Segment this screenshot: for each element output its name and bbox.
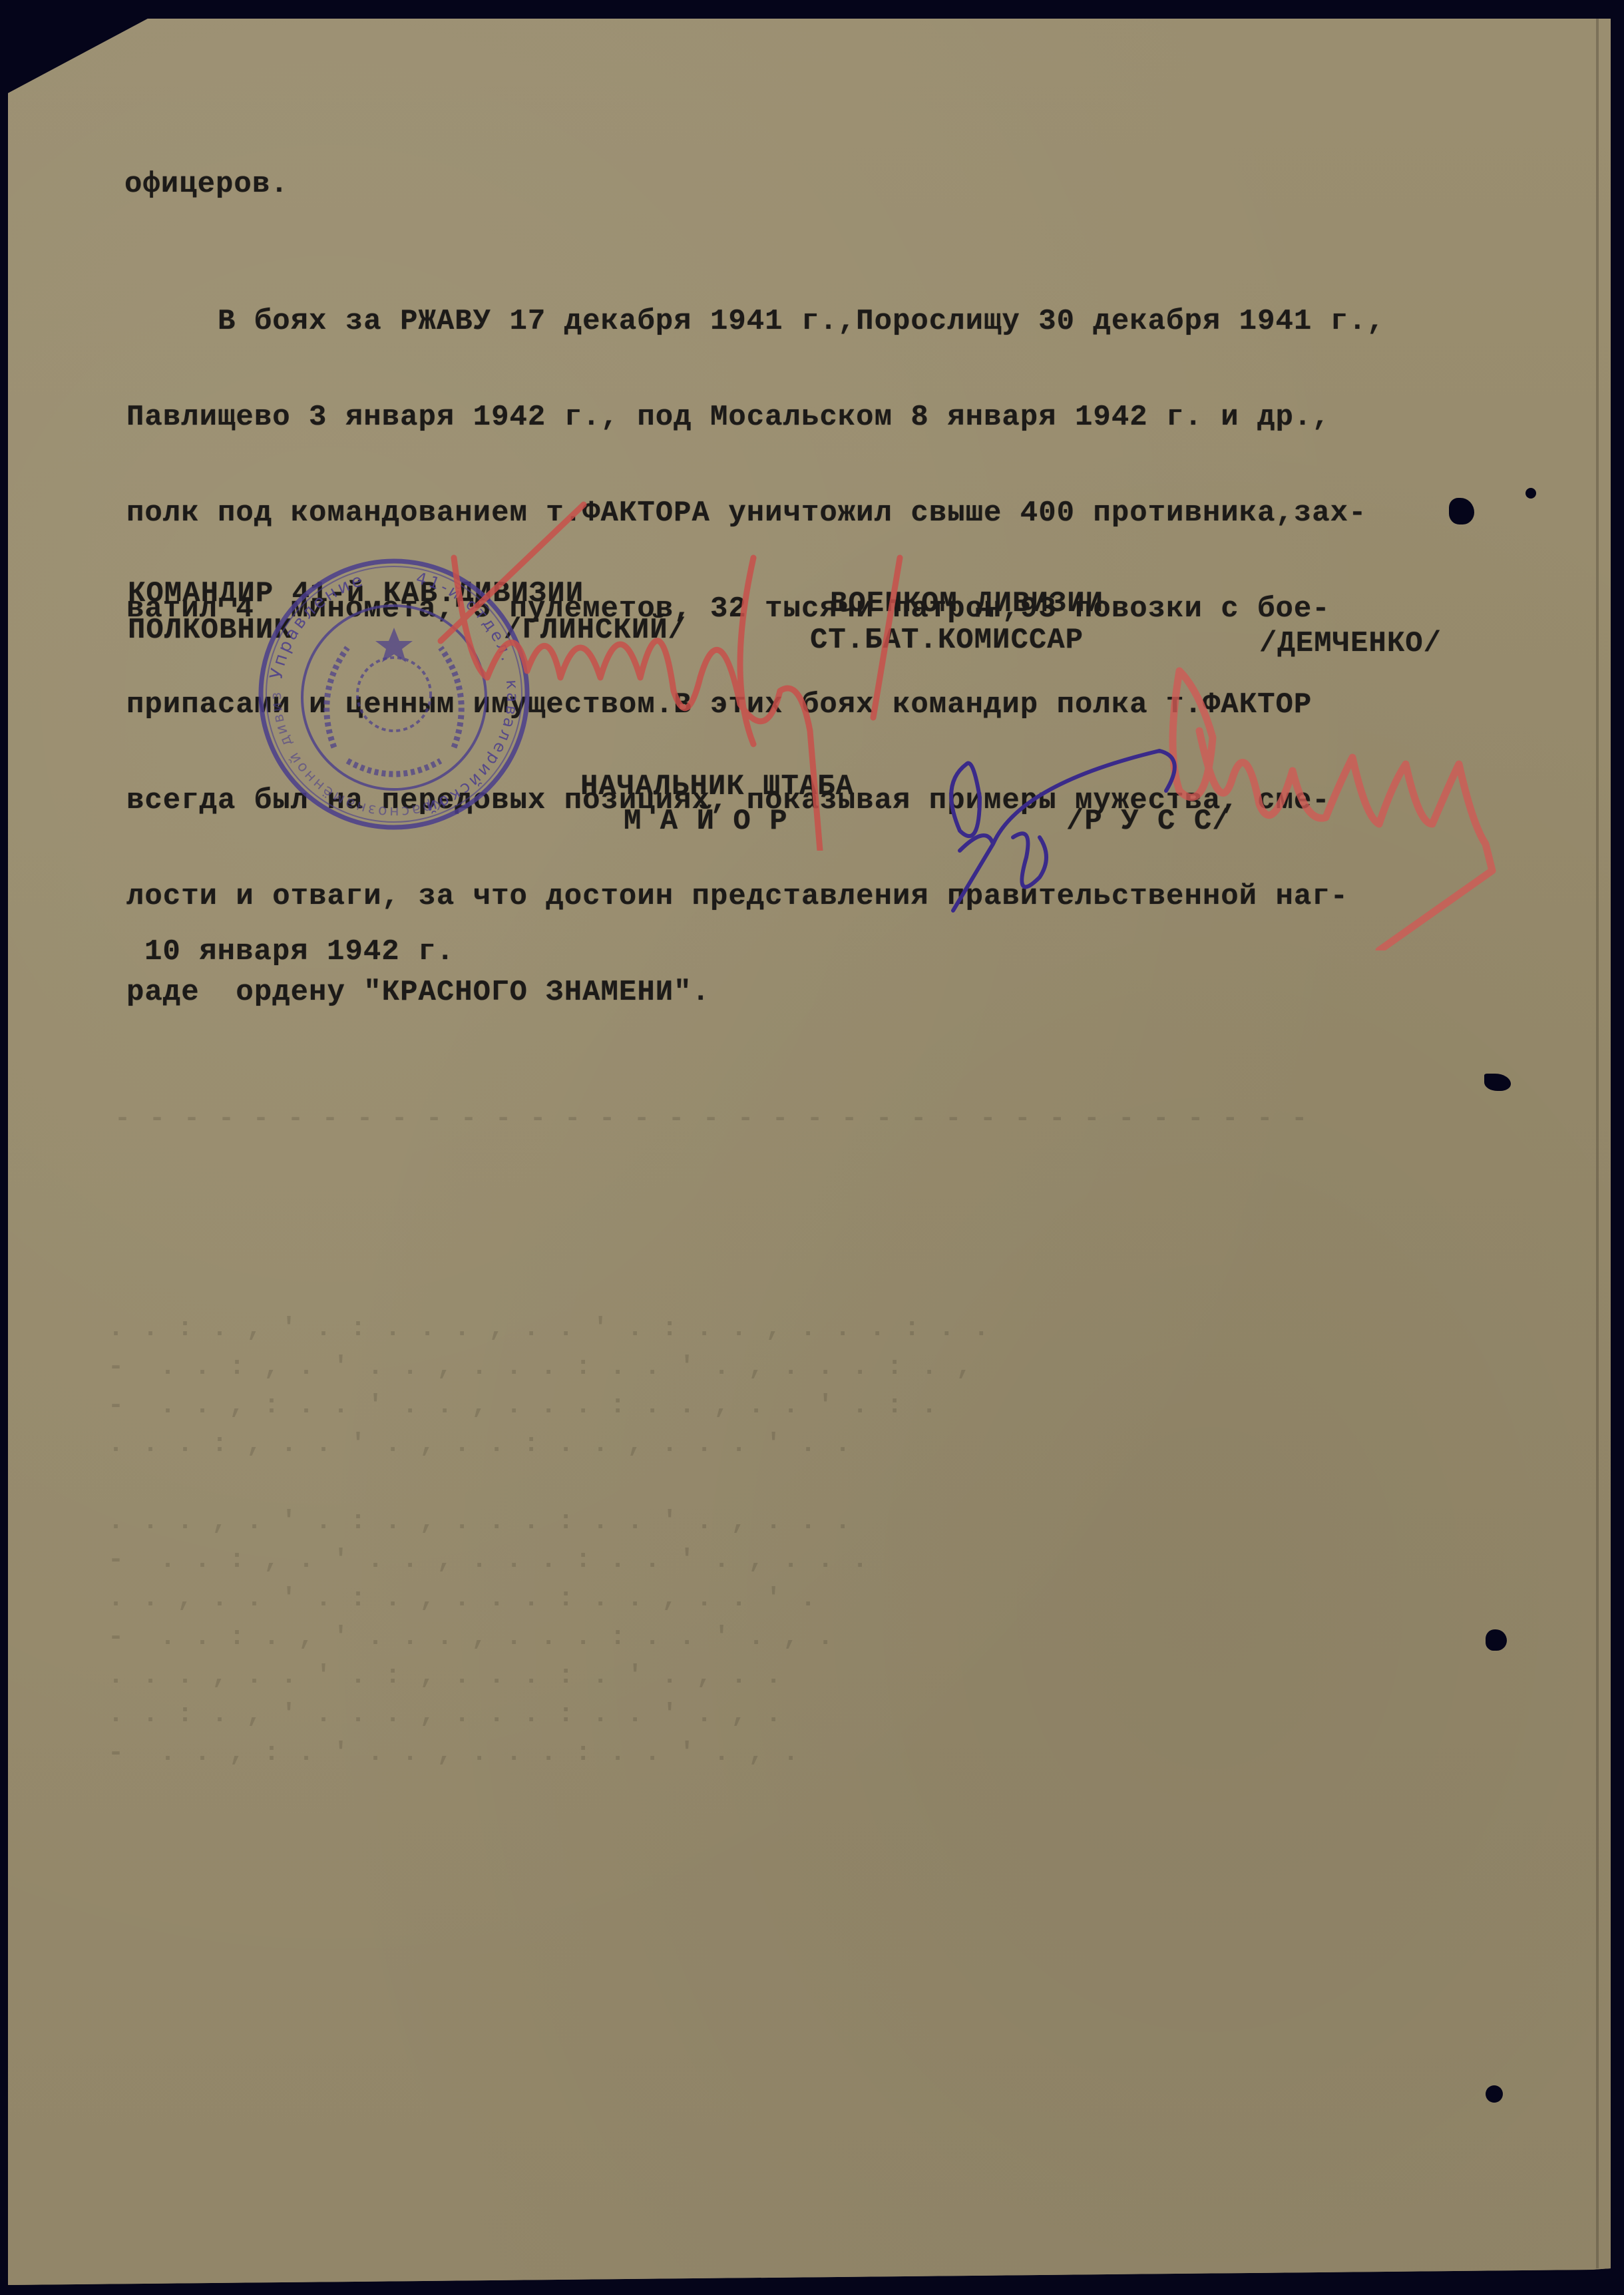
body-line: Павлищево 3 января 1942 г., под Мосальск… [126, 401, 1385, 433]
punch-hole [1486, 1629, 1507, 1651]
punch-hole [1484, 1074, 1511, 1091]
show-through-text: . . : . , ' . : . . . , . . ' . : . . , … [108, 1310, 990, 1773]
punch-hole [1449, 498, 1474, 524]
opening-word: офицеров. [124, 168, 289, 200]
show-through-text: - - - - - - - - - - - - - - - - - - - - … [114, 1090, 1309, 1149]
punch-hole [1525, 488, 1536, 499]
body-line: раде ордену "КРАСНОГО ЗНАМЕНИ". [126, 976, 1385, 1008]
punch-hole [1486, 2085, 1503, 2103]
document-date: 10 января 1942 г. [144, 936, 455, 968]
commander-signature [407, 478, 980, 851]
chief-of-staff-signature [940, 744, 1206, 917]
document-page: офицеров. В боях за РЖАВУ 17 декабря 194… [8, 19, 1611, 2285]
body-line: В боях за РЖАВУ 17 декабря 1941 г.,Порос… [126, 306, 1385, 337]
page-edge [1596, 19, 1599, 2268]
corner-fold-crease [0, 19, 46, 123]
